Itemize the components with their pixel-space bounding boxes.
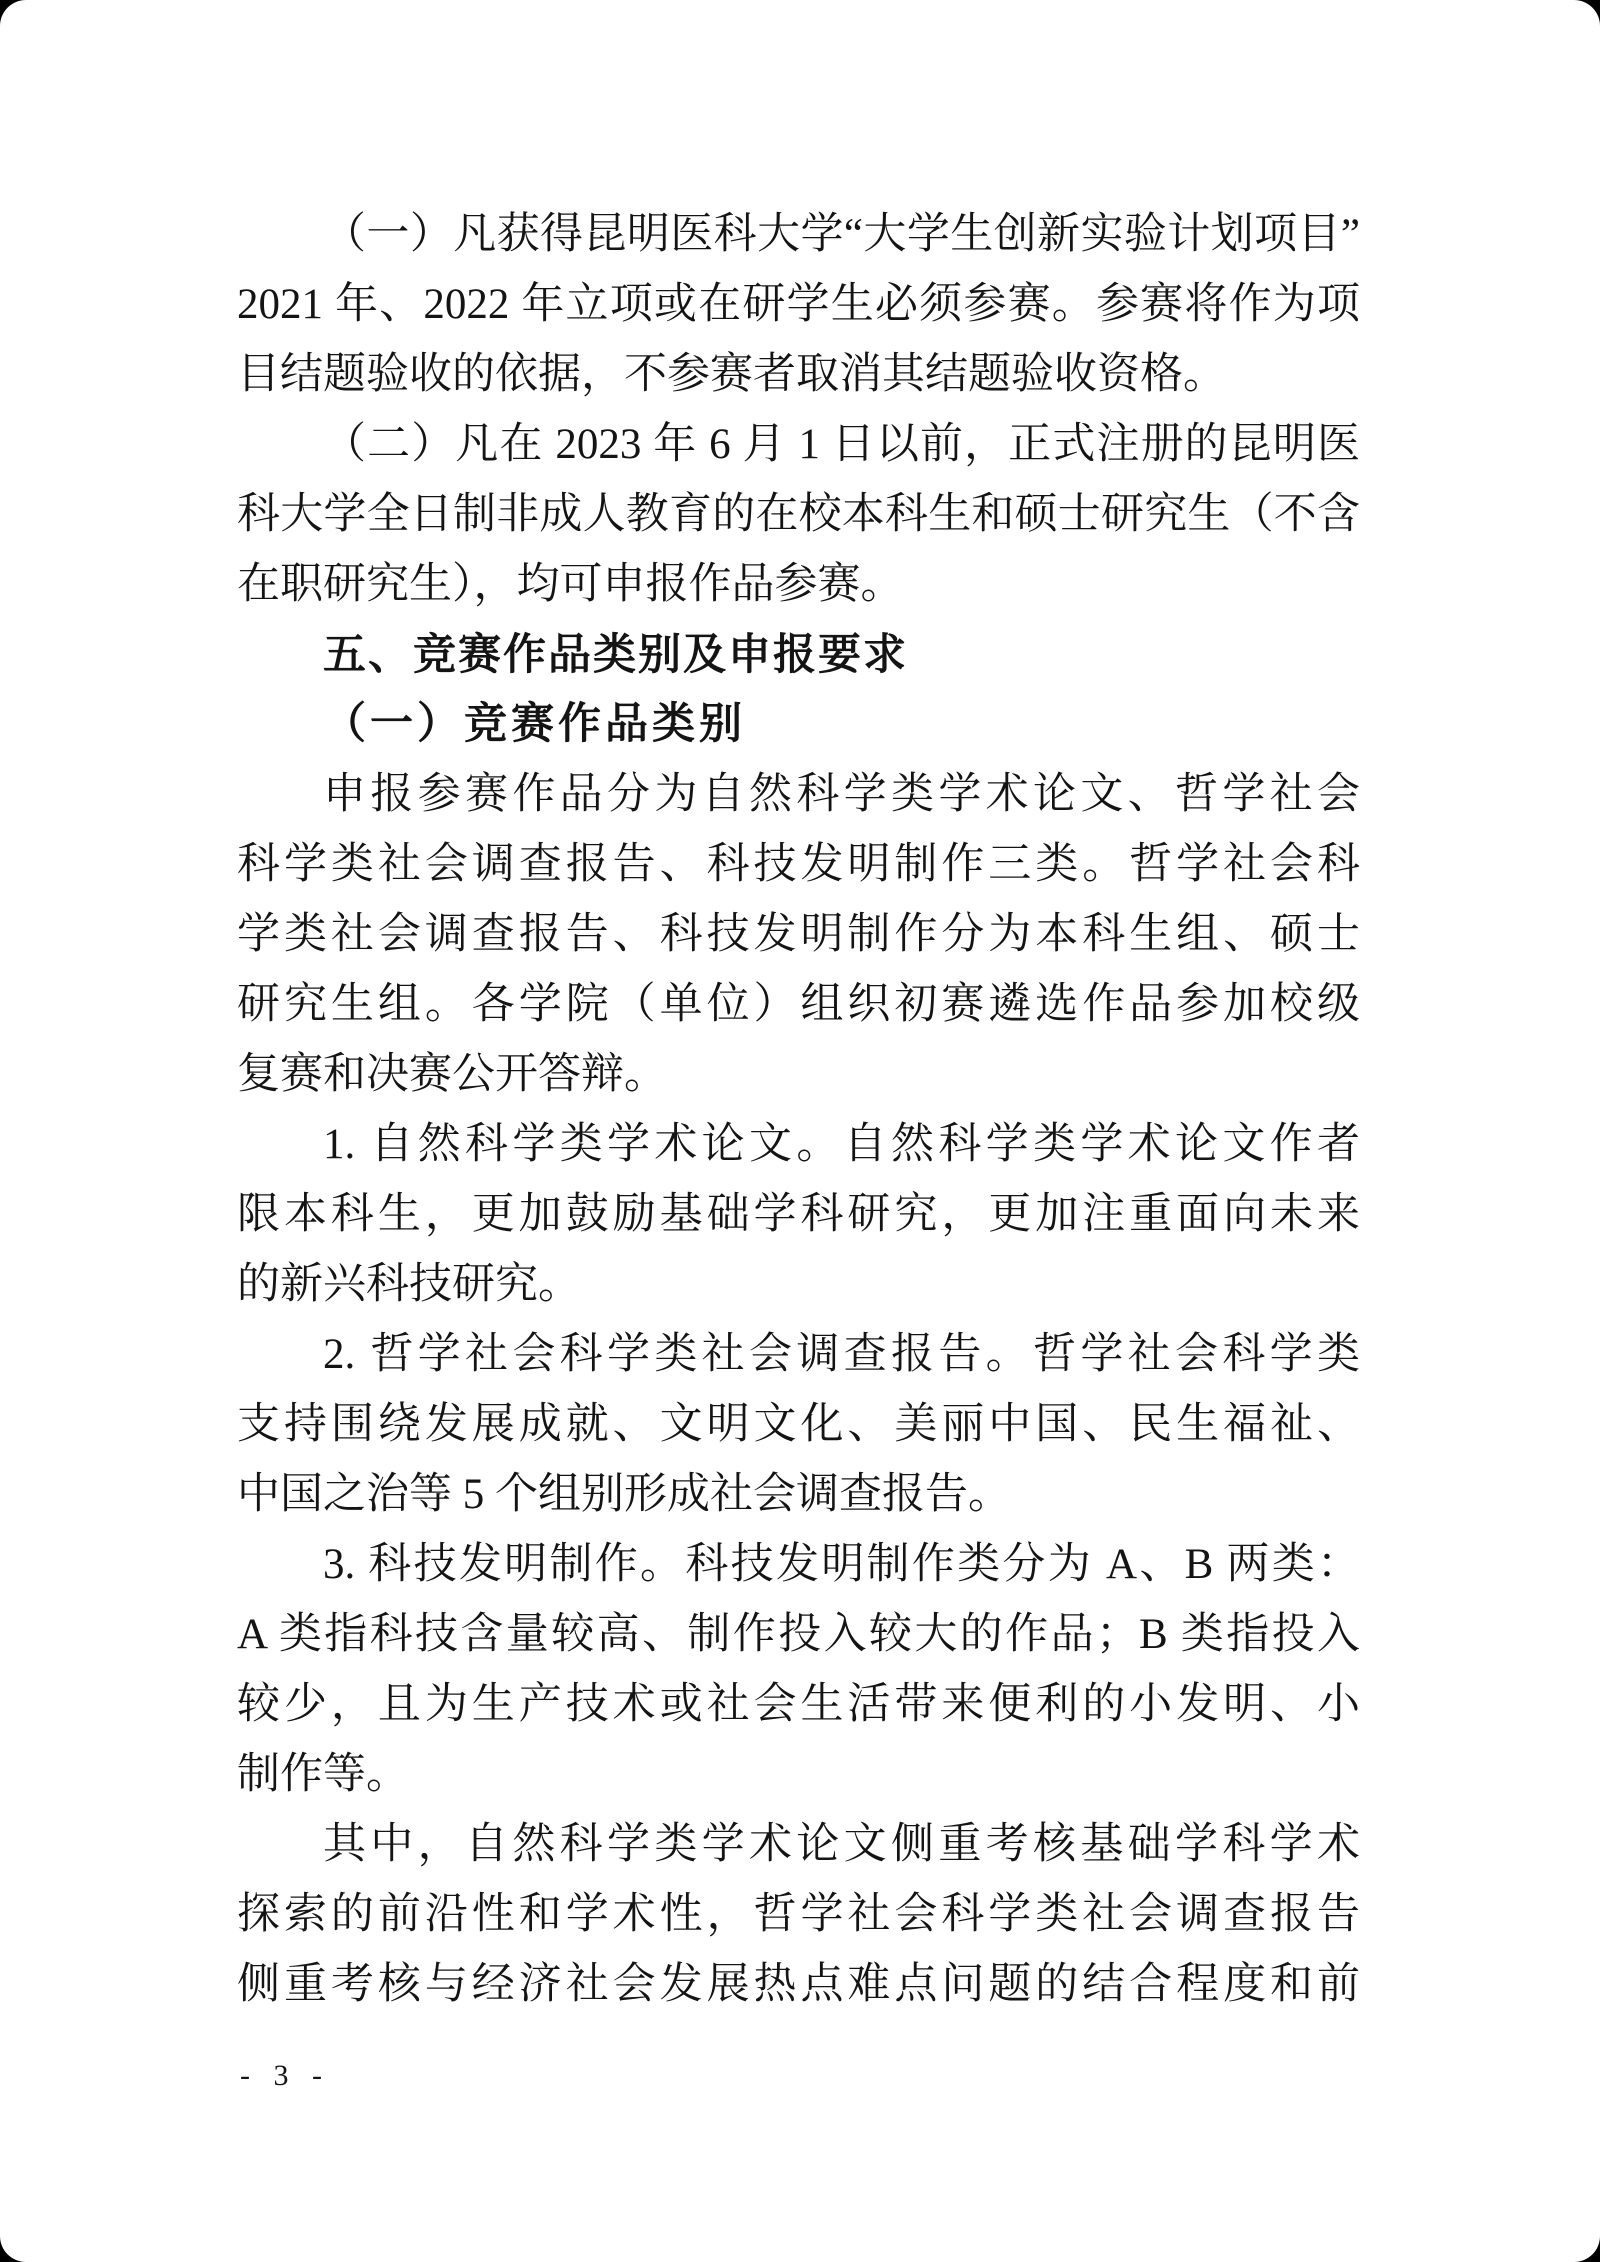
text-line: 申报参赛作品分为自然科学类学术论文、哲学社会 bbox=[237, 760, 1360, 830]
text-line: 限本科生，更加鼓励基础学科研究，更加注重面向未来 bbox=[237, 1180, 1360, 1250]
text-line: 较少，且为生产技术或社会生活带来便利的小发明、小 bbox=[237, 1670, 1360, 1740]
text-line: 的新兴科技研究。 bbox=[237, 1250, 1360, 1320]
text-line: 2021 年、2022 年立项或在研学生必须参赛。参赛将作为项 bbox=[237, 270, 1360, 340]
text-line: （二）凡在 2023 年 6 月 1 日以前，正式注册的昆明医 bbox=[237, 410, 1360, 480]
text-column: （一）凡获得昆明医科大学“大学生创新实验计划项目”2021 年、2022 年立项… bbox=[237, 200, 1360, 2020]
text-line: 目结题验收的依据，不参赛者取消其结题验收资格。 bbox=[237, 340, 1360, 410]
text-line: 在职研究生），均可申报作品参赛。 bbox=[237, 550, 1360, 620]
text-line: 其中，自然科学类学术论文侧重考核基础学科学术 bbox=[237, 1810, 1360, 1880]
text-line: 复赛和决赛公开答辩。 bbox=[237, 1040, 1360, 1110]
text-line: 中国之治等 5 个组别形成社会调查报告。 bbox=[237, 1460, 1360, 1530]
text-line: 3. 科技发明制作。科技发明制作类分为 A、B 两类： bbox=[237, 1530, 1360, 1600]
heading-line: （一）竞赛作品类别 bbox=[237, 690, 1360, 760]
text-line: 侧重考核与经济社会发展热点难点问题的结合程度和前 bbox=[237, 1950, 1360, 2020]
text-line: 研究生组。各学院（单位）组织初赛遴选作品参加校级 bbox=[237, 970, 1360, 1040]
text-line: 2. 哲学社会科学类社会调查报告。哲学社会科学类 bbox=[237, 1320, 1360, 1390]
text-line: 探索的前沿性和学术性，哲学社会科学类社会调查报告 bbox=[237, 1880, 1360, 1950]
text-line: 支持围绕发展成就、文明文化、美丽中国、民生福祉、 bbox=[237, 1390, 1360, 1460]
document-page: （一）凡获得昆明医科大学“大学生创新实验计划项目”2021 年、2022 年立项… bbox=[0, 0, 1600, 2262]
page-number: - 3 - bbox=[240, 2056, 330, 2096]
heading-line: 五、竞赛作品类别及申报要求 bbox=[237, 620, 1360, 690]
text-line: 学类社会调查报告、科技发明制作分为本科生组、硕士 bbox=[237, 900, 1360, 970]
text-line: 科学类社会调查报告、科技发明制作三类。哲学社会科 bbox=[237, 830, 1360, 900]
text-line: （一）凡获得昆明医科大学“大学生创新实验计划项目” bbox=[237, 200, 1360, 270]
text-line: 1. 自然科学类学术论文。自然科学类学术论文作者 bbox=[237, 1110, 1360, 1180]
text-line: 制作等。 bbox=[237, 1740, 1360, 1810]
text-line: A 类指科技含量较高、制作投入较大的作品；B 类指投入 bbox=[237, 1600, 1360, 1670]
screenshot-frame: （一）凡获得昆明医科大学“大学生创新实验计划项目”2021 年、2022 年立项… bbox=[0, 0, 1600, 2262]
text-line: 科大学全日制非成人教育的在校本科生和硕士研究生（不含 bbox=[237, 480, 1360, 550]
